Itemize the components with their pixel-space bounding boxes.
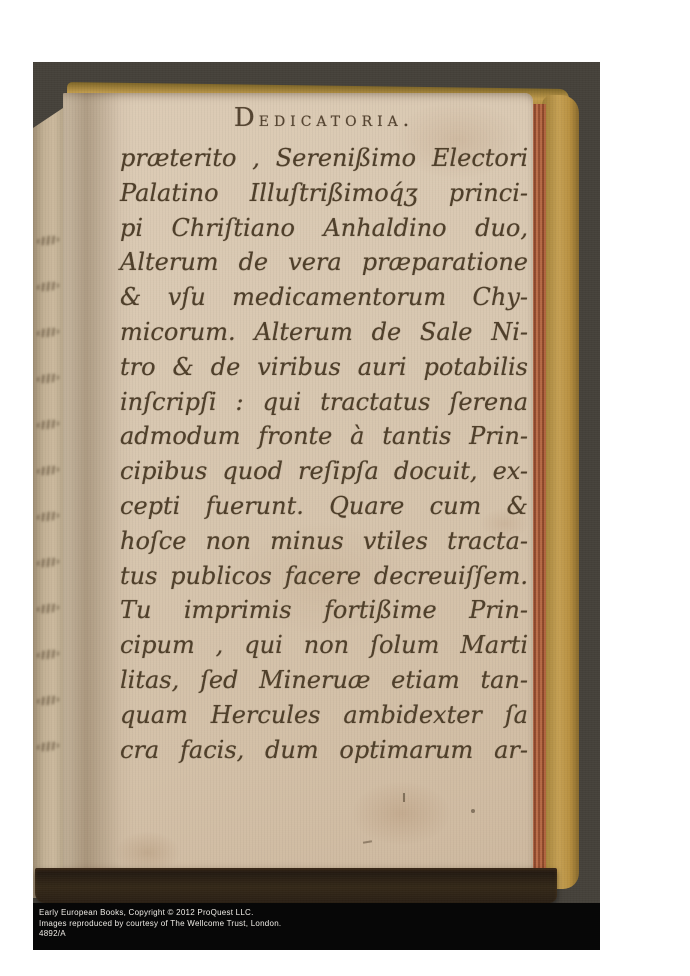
book-bottom-edge — [35, 868, 557, 903]
bleedthrough-mark — [36, 327, 59, 339]
text-line: hoſce non minus vtiles tracta- — [120, 524, 528, 559]
book-page: Dedicatoria. præterito , Serenißimo Elec… — [63, 93, 533, 876]
text-line: Palatino Illuſtrißimoq́ʒ princi- — [120, 176, 528, 211]
bleedthrough-mark — [36, 649, 59, 661]
bleedthrough-mark — [36, 695, 59, 707]
text-line: cra facis, dum optimarum ar- — [120, 733, 528, 768]
text-line: præterito , Serenißimo Electori — [120, 141, 528, 176]
bleedthrough-mark — [36, 419, 59, 431]
bleedthrough-mark — [36, 465, 59, 477]
bleedthrough-mark — [36, 281, 59, 293]
credit-shelfmark: 4892/A — [39, 929, 600, 940]
book-cover-right-edge — [542, 95, 579, 889]
credit-copyright-line: Early European Books, Copyright © 2012 P… — [39, 908, 600, 919]
ink-speck — [363, 840, 372, 844]
bleedthrough-mark — [36, 373, 59, 385]
text-line: Alterum de vera præparatione — [120, 245, 528, 280]
text-line: & vſu medicamentorum Chy- — [120, 280, 528, 315]
ink-speck — [471, 809, 475, 813]
bleedthrough-mark — [36, 741, 59, 753]
bleedthrough-mark — [36, 235, 59, 247]
ink-speck — [403, 793, 405, 802]
text-line: admodum fronte à tantis Prin- — [120, 419, 528, 454]
bleedthrough-mark — [36, 511, 59, 523]
credit-courtesy-line: Images reproduced by courtesy of The Wel… — [39, 919, 600, 930]
page-text: Dedicatoria. præterito , Serenißimo Elec… — [120, 105, 528, 767]
text-line: cipibus quod reſipſa docuit, ex- — [120, 454, 528, 489]
text-line: micorum. Alterum de Sale Ni- — [120, 315, 528, 350]
gutter-shadow — [63, 93, 121, 876]
bleedthrough-mark — [36, 603, 59, 615]
scanned-book-image: Dedicatoria. præterito , Serenißimo Elec… — [0, 0, 690, 976]
text-line: inſcripſi : qui tractatus ſerena — [120, 385, 528, 420]
bleedthrough-mark — [36, 557, 59, 569]
text-line: Tu imprimis fortißime Prin- — [120, 593, 528, 628]
text-line: cipum , qui non ſolum Marti — [120, 628, 528, 663]
text-line: tus publicos facere decreuiſſem. — [120, 559, 528, 594]
text-line: tro & de viribus auri potabilis — [120, 350, 528, 385]
credit-bar: Early European Books, Copyright © 2012 P… — [33, 903, 600, 950]
text-line: litas, ſed Mineruæ etiam tan- — [120, 663, 528, 698]
facing-page-edge — [33, 106, 66, 898]
page-heading: Dedicatoria. — [120, 105, 528, 132]
text-line: quam Hercules ambidexter ſa — [120, 698, 528, 733]
book-photograph: Dedicatoria. præterito , Serenißimo Elec… — [33, 62, 600, 950]
text-line: pi Chriſtiano Anhaldino duo, — [120, 211, 528, 246]
text-line: cepti fuerunt. Quare cum & — [120, 489, 528, 524]
